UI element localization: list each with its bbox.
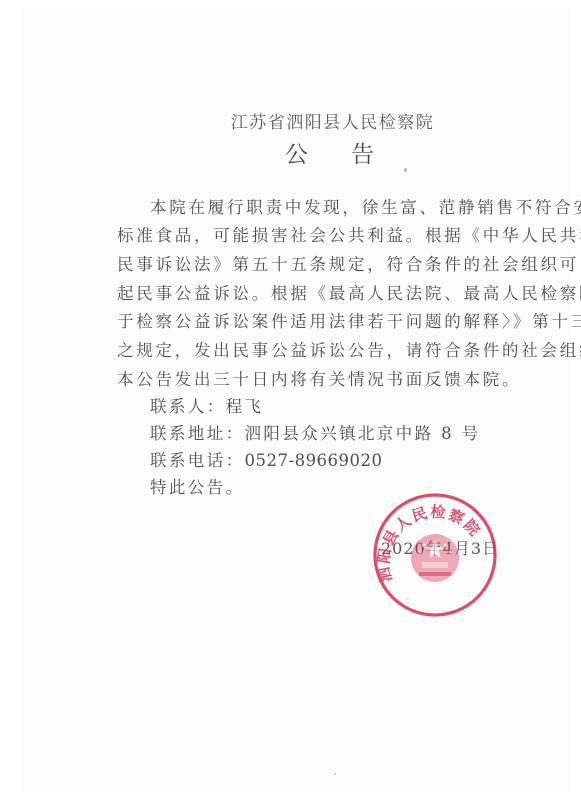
paragraph-line: 本公告发出三十日内将有关情况书面反馈本院。 xyxy=(117,370,521,390)
paragraph-line: 于检察公益诉讼案件适用法律若干问题的解释〉》第十三条 xyxy=(117,312,581,332)
paragraph-line: 民事诉讼法》第五十五条规定，符合条件的社会组织可以提 xyxy=(117,255,581,275)
contact-phone-label: 联系电话： xyxy=(150,451,245,470)
scan-speck xyxy=(334,773,336,775)
paragraph-line: 之规定，发出民事公益诉讼公告，请符合条件的社会组织在 xyxy=(117,341,581,361)
paragraph-line: 本院在履行职责中发现，徐生富、范静销售不符合安全 xyxy=(150,198,581,218)
scan-speck xyxy=(404,168,407,172)
contact-person-value: 程飞 xyxy=(226,397,264,416)
contact-phone: 联系电话：0527-89669020 xyxy=(150,451,383,471)
contact-address-value: 泗阳县众兴镇北京中路 8 号 xyxy=(245,424,481,443)
contact-person-label: 联系人： xyxy=(150,397,226,416)
contact-person: 联系人：程飞 xyxy=(150,397,263,417)
contact-address: 联系地址：泗阳县众兴镇北京中路 8 号 xyxy=(150,424,481,444)
contact-address-label: 联系地址： xyxy=(150,424,245,443)
issuer-heading: 江苏省泗阳县人民检察院 xyxy=(0,108,581,133)
contact-phone-value: 0527-89669020 xyxy=(245,451,383,470)
paragraph-line: 标准食品，可能损害社会公共利益。根据《中华人民共和国 xyxy=(117,226,581,246)
paragraph-line: 起民事公益诉讼。根据《最高人民法院、最高人民检察院〈关 xyxy=(117,284,581,304)
national-emblem-icon xyxy=(411,534,459,582)
closing-line: 特此公告。 xyxy=(150,478,245,498)
official-seal-stamp: 泗阳县人民检察院 xyxy=(372,492,498,618)
document-title: 公 告 xyxy=(0,136,581,169)
